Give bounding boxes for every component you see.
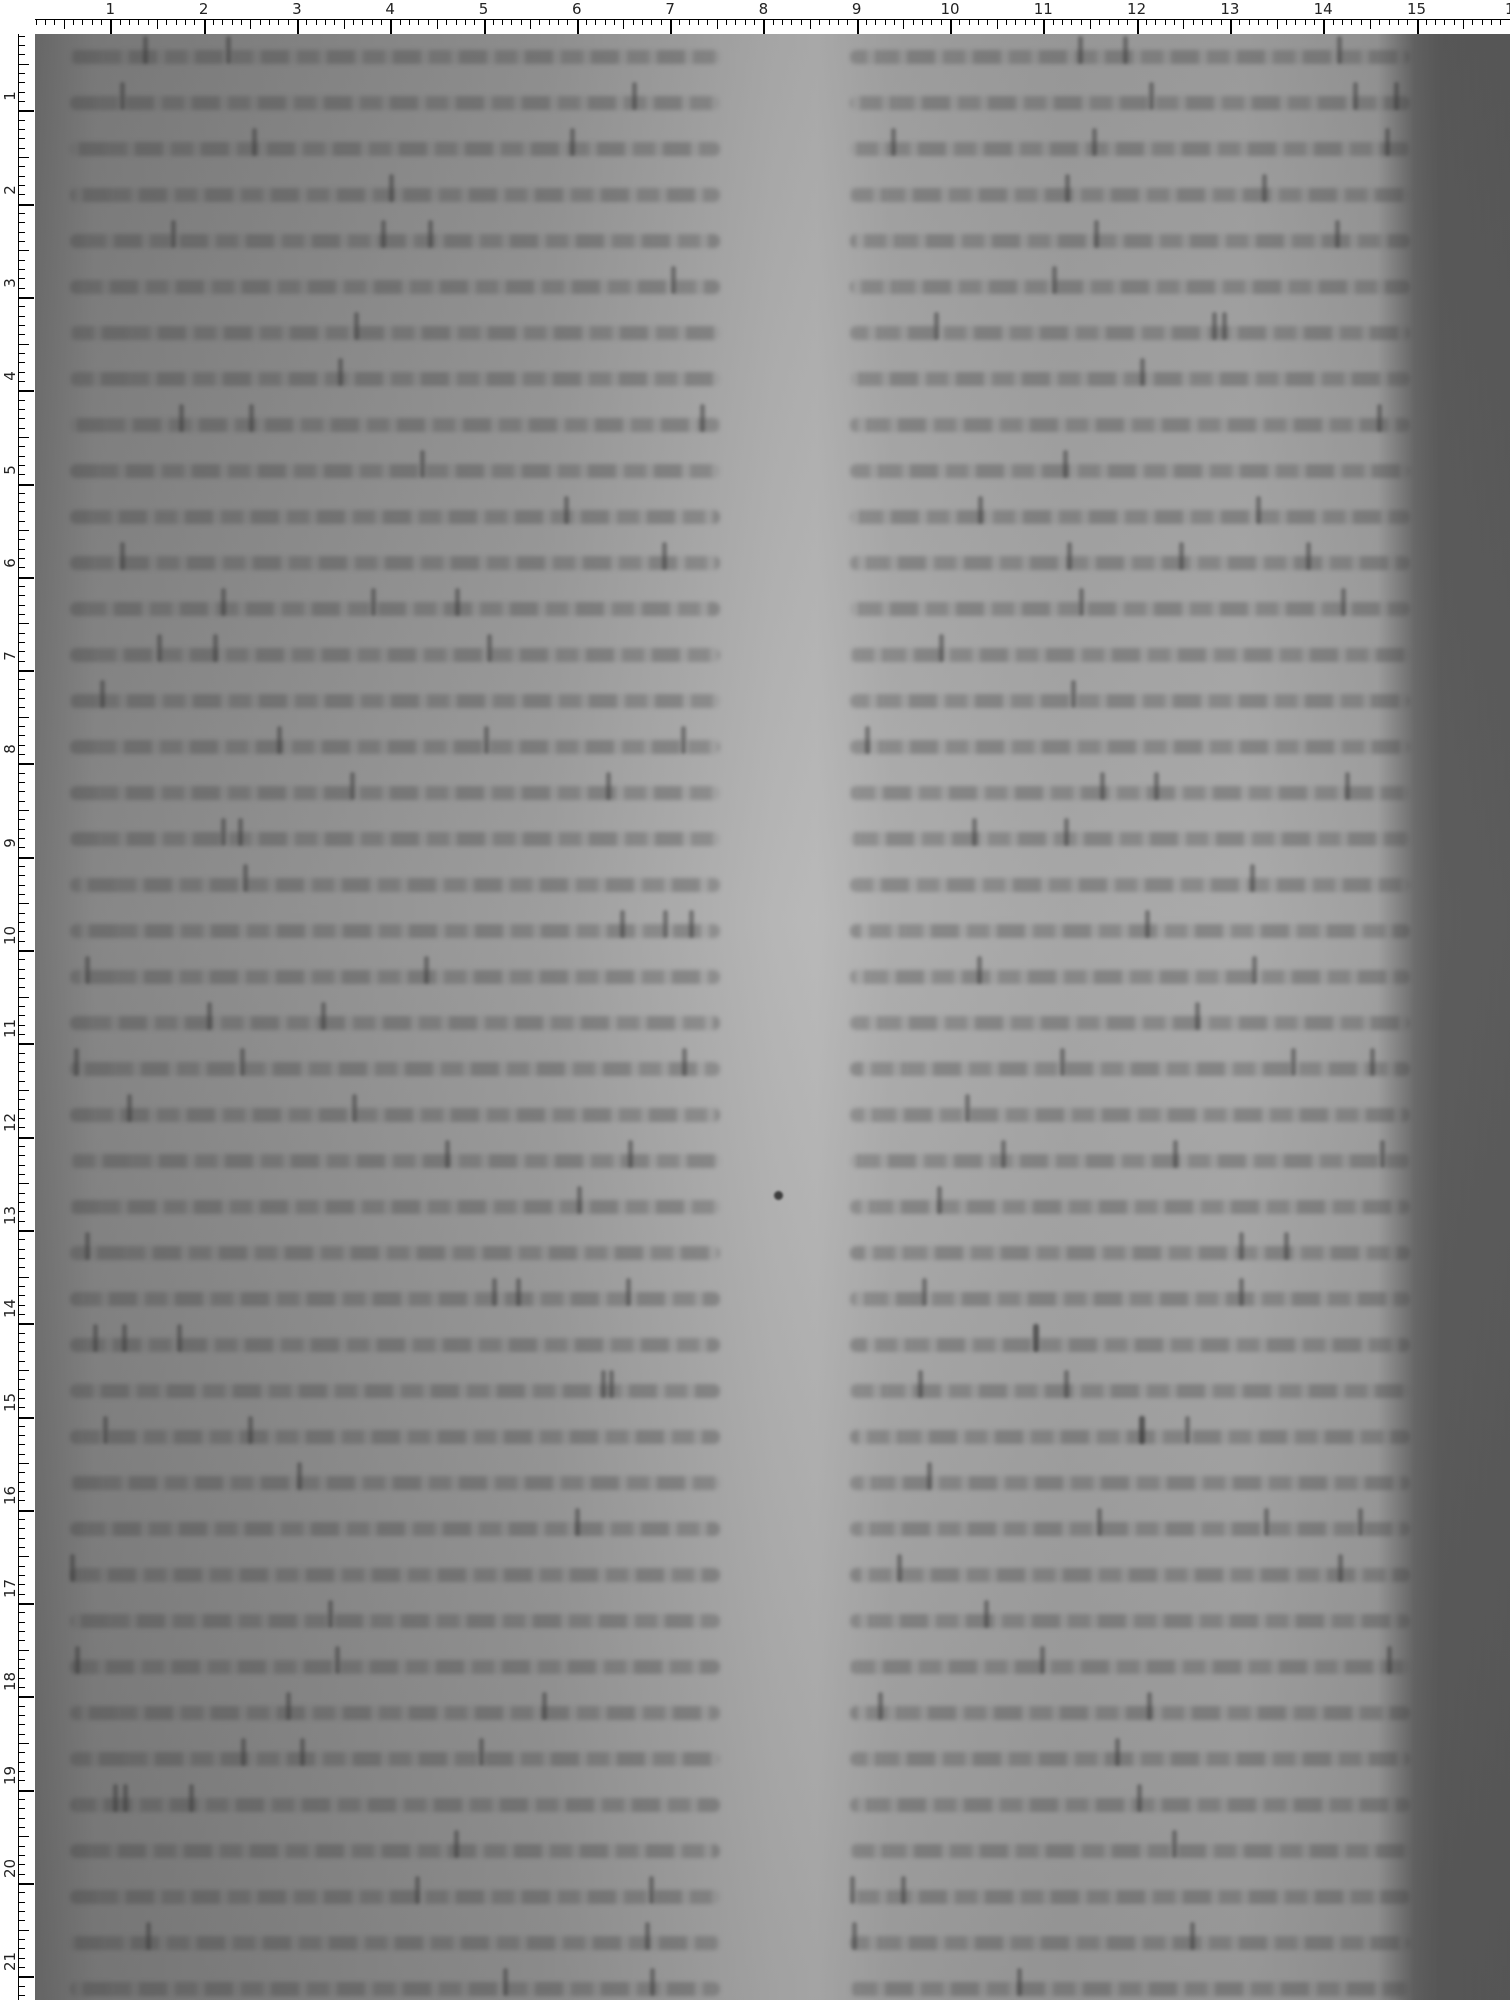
ruler-tick xyxy=(1127,19,1128,25)
manuscript-ascender-stroke xyxy=(1212,312,1217,340)
manuscript-ascender-stroke xyxy=(70,1554,75,1582)
ruler-tick xyxy=(18,1500,25,1501)
ruler-tick xyxy=(18,717,29,718)
ruler-label: 2 xyxy=(2,181,18,199)
ruler-label: 1 xyxy=(1505,1,1510,17)
manuscript-ascender-stroke xyxy=(335,1646,340,1674)
manuscript-ascender-stroke xyxy=(1385,128,1390,156)
ruler-tick xyxy=(18,1892,25,1893)
ruler-tick xyxy=(18,64,29,65)
manuscript-ascender-stroke xyxy=(171,220,176,248)
ruler-label: 6 xyxy=(572,1,582,17)
ruler-tick xyxy=(1267,19,1268,25)
ruler-tick xyxy=(679,19,680,25)
manuscript-text-line xyxy=(850,970,1410,984)
manuscript-ascender-stroke xyxy=(620,910,625,938)
ruler-tick xyxy=(1193,19,1194,25)
ruler-label: 17 xyxy=(2,1580,18,1598)
ruler-tick xyxy=(18,1762,25,1763)
ruler-tick xyxy=(18,1976,34,1978)
ruler-tick xyxy=(148,19,149,25)
manuscript-text-line xyxy=(850,1660,1410,1674)
manuscript-text-line xyxy=(70,1660,720,1674)
ruler-label: 16 xyxy=(2,1487,18,1505)
manuscript-ascender-stroke xyxy=(570,128,575,156)
ruler-tick xyxy=(194,19,195,25)
manuscript-scan-image xyxy=(35,34,1510,2000)
ruler-tick xyxy=(1444,19,1445,25)
ruler-tick xyxy=(614,19,615,25)
ruler-tick xyxy=(829,19,830,25)
ruler-tick xyxy=(250,19,251,29)
manuscript-ascender-stroke xyxy=(381,220,386,248)
ruler-tick xyxy=(511,19,512,25)
manuscript-ascender-stroke xyxy=(241,1738,246,1766)
manuscript-ascender-stroke xyxy=(238,818,243,846)
ruler-tick xyxy=(18,698,25,699)
manuscript-ascender-stroke xyxy=(454,1830,459,1858)
ruler-tick xyxy=(18,260,25,261)
ruler-tick xyxy=(446,19,447,25)
manuscript-text-line xyxy=(850,1476,1410,1490)
manuscript-text-line xyxy=(70,786,720,800)
ruler-tick xyxy=(18,1874,25,1875)
ruler-tick xyxy=(707,19,708,25)
manuscript-ascender-stroke xyxy=(682,1048,687,1076)
ruler-tick xyxy=(306,19,307,25)
ruler-tick xyxy=(409,19,410,25)
manuscript-ascender-stroke xyxy=(1222,312,1227,340)
manuscript-ascender-stroke xyxy=(85,1232,90,1260)
ruler-tick xyxy=(418,19,419,25)
ruler-tick xyxy=(18,465,25,466)
ruler-tick xyxy=(18,885,25,886)
ruler-tick xyxy=(18,101,25,102)
manuscript-text-line xyxy=(70,1752,720,1766)
ruler-tick xyxy=(885,19,886,25)
ruler-tick xyxy=(437,19,438,29)
ruler-tick xyxy=(18,1715,25,1716)
ruler-tick xyxy=(1090,19,1091,29)
ruler-tick xyxy=(18,511,25,512)
ruler-tick xyxy=(18,1407,25,1408)
manuscript-ascender-stroke xyxy=(1190,1922,1195,1950)
ruler-tick xyxy=(18,1883,34,1885)
ruler-tick xyxy=(18,1211,25,1212)
ruler-tick xyxy=(18,1454,25,1455)
manuscript-text-line xyxy=(850,694,1410,708)
ruler-tick xyxy=(1277,19,1278,29)
ruler-tick xyxy=(241,19,242,25)
ruler-tick xyxy=(176,19,177,25)
ruler-tick xyxy=(18,567,25,568)
ruler-tick xyxy=(18,1137,34,1139)
ruler-tick xyxy=(18,1780,25,1781)
manuscript-text-line xyxy=(70,1246,720,1260)
ruler-tick xyxy=(549,19,550,25)
ruler-tick xyxy=(1398,19,1399,25)
ruler-tick xyxy=(875,19,876,25)
ruler-tick xyxy=(381,19,382,25)
ruler-tick xyxy=(1230,19,1232,34)
manuscript-text-line xyxy=(70,50,720,64)
ruler-tick xyxy=(18,1333,25,1334)
ruler-tick xyxy=(18,1351,25,1352)
manuscript-text-line xyxy=(70,96,720,110)
ruler-tick xyxy=(18,595,25,596)
ruler-tick xyxy=(288,19,289,25)
manuscript-ascender-stroke xyxy=(177,1324,182,1352)
manuscript-ascender-stroke xyxy=(1185,1416,1190,1444)
manuscript-ascender-stroke xyxy=(479,1738,484,1766)
manuscript-ascender-stroke xyxy=(240,1048,245,1076)
ruler-tick xyxy=(18,633,25,634)
ruler-tick xyxy=(661,19,662,25)
manuscript-text-line xyxy=(850,418,1410,432)
ruler-tick xyxy=(18,997,29,998)
manuscript-text-line xyxy=(850,1246,1410,1260)
ruler-tick xyxy=(18,1249,25,1250)
ruler-tick xyxy=(586,19,587,25)
ruler-tick xyxy=(18,1174,25,1175)
manuscript-ascender-stroke xyxy=(939,634,944,662)
ruler-tick xyxy=(754,19,755,25)
manuscript-text-line xyxy=(70,1568,720,1582)
ruler-tick xyxy=(1081,19,1082,25)
ruler-tick xyxy=(18,185,25,186)
ruler-tick xyxy=(18,129,25,130)
ruler-tick xyxy=(18,969,25,970)
ruler-tick xyxy=(866,19,867,25)
manuscript-text-line xyxy=(850,1752,1410,1766)
manuscript-ascender-stroke xyxy=(415,1876,420,1904)
ruler-tick xyxy=(1314,19,1315,25)
manuscript-text-line xyxy=(850,1706,1410,1720)
ruler-tick xyxy=(1202,19,1203,25)
ruler-tick xyxy=(997,19,998,29)
ruler-tick xyxy=(18,1015,25,1016)
ruler-tick xyxy=(18,1482,25,1483)
ruler-tick xyxy=(1351,19,1352,25)
manuscript-ascender-stroke xyxy=(75,1646,80,1674)
ruler-tick xyxy=(18,614,25,615)
ruler-tick xyxy=(18,222,25,223)
ruler-label: 9 xyxy=(852,1,862,17)
manuscript-ascender-stroke xyxy=(516,1278,521,1306)
manuscript-text-line xyxy=(70,188,720,202)
manuscript-ascender-stroke xyxy=(338,358,343,386)
manuscript-ascender-stroke xyxy=(577,1186,582,1214)
manuscript-ascender-stroke xyxy=(179,404,184,432)
manuscript-text-line xyxy=(70,1384,720,1398)
manuscript-ascender-stroke xyxy=(424,956,429,984)
ruler-tick xyxy=(18,810,29,811)
ruler-tick xyxy=(18,409,25,410)
manuscript-ascender-stroke xyxy=(484,726,489,754)
ruler-tick xyxy=(18,157,29,158)
manuscript-ascender-stroke xyxy=(221,588,226,616)
manuscript-ascender-stroke xyxy=(248,1416,253,1444)
ruler-label: 20 xyxy=(2,1860,18,1878)
ruler-tick xyxy=(18,549,25,550)
ruler-tick xyxy=(1099,19,1100,25)
manuscript-text-line xyxy=(70,418,720,432)
manuscript-ascender-stroke xyxy=(1100,772,1105,800)
manuscript-ascender-stroke xyxy=(901,1876,906,1904)
ruler-tick xyxy=(1043,19,1045,34)
ruler-tick xyxy=(18,1202,25,1203)
manuscript-ascender-stroke xyxy=(207,1002,212,1030)
ruler-tick xyxy=(18,922,25,923)
ruler-tick xyxy=(344,19,345,29)
ruler-tick xyxy=(18,92,25,93)
manuscript-ascender-stroke xyxy=(1001,1140,1006,1168)
manuscript-ascender-stroke xyxy=(249,404,254,432)
ruler-tick xyxy=(18,1221,25,1222)
manuscript-ascender-stroke xyxy=(352,1094,357,1122)
manuscript-ascender-stroke xyxy=(897,1554,902,1582)
ruler-tick xyxy=(18,269,25,270)
ruler-tick xyxy=(18,1911,25,1912)
ruler-tick xyxy=(493,19,494,25)
ruler-tick xyxy=(18,1230,34,1232)
manuscript-text-line xyxy=(70,1890,720,1904)
ruler-tick xyxy=(623,19,624,29)
ruler-label: 7 xyxy=(665,1,675,17)
ruler-tick xyxy=(1500,19,1501,25)
vertical-ruler-baseline xyxy=(18,17,19,2000)
ruler-tick xyxy=(18,316,25,317)
manuscript-ascender-stroke xyxy=(1034,1324,1039,1352)
ruler-tick xyxy=(18,1967,25,1968)
manuscript-ascender-stroke xyxy=(542,1692,547,1720)
ruler-tick xyxy=(1174,19,1175,25)
manuscript-ascender-stroke xyxy=(1256,496,1261,524)
manuscript-text-line xyxy=(70,1016,720,1030)
manuscript-ascender-stroke xyxy=(455,588,460,616)
manuscript-ascender-stroke xyxy=(689,910,694,938)
ruler-tick xyxy=(18,1239,25,1240)
ruler-tick xyxy=(717,19,718,29)
manuscript-text-line xyxy=(70,326,720,340)
ruler-label: 5 xyxy=(479,1,489,17)
ruler-tick xyxy=(18,1575,25,1576)
ruler-tick xyxy=(903,19,904,29)
ruler-tick xyxy=(1491,19,1492,25)
ruler-tick xyxy=(18,1771,25,1772)
ruler-tick xyxy=(18,959,25,960)
ruler-tick xyxy=(670,19,672,34)
ruler-tick xyxy=(157,19,158,29)
ruler-tick xyxy=(18,754,25,755)
ruler-tick xyxy=(18,707,25,708)
manuscript-text-line xyxy=(70,1614,720,1628)
manuscript-ascender-stroke xyxy=(1239,1278,1244,1306)
ruler-tick xyxy=(18,484,34,486)
ruler-label: 8 xyxy=(2,740,18,758)
ruler-tick xyxy=(18,1678,25,1679)
ruler-tick xyxy=(18,1277,29,1278)
ruler-tick xyxy=(1323,19,1325,34)
ruler-label: 10 xyxy=(940,1,959,17)
ruler-label: 1 xyxy=(106,1,116,17)
ruler-tick xyxy=(18,773,25,774)
manuscript-ascender-stroke xyxy=(445,1140,450,1168)
ruler-tick xyxy=(18,521,25,522)
ruler-tick xyxy=(745,19,746,25)
manuscript-ascender-stroke xyxy=(122,1324,127,1352)
manuscript-ascender-stroke xyxy=(984,1600,989,1628)
ruler-tick xyxy=(18,1519,25,1520)
ruler-tick xyxy=(18,428,25,429)
ruler-tick xyxy=(18,1948,25,1949)
ruler-tick xyxy=(18,250,29,251)
manuscript-ascender-stroke xyxy=(1338,1554,1343,1582)
ruler-tick xyxy=(18,847,25,848)
ruler-tick xyxy=(1286,19,1287,25)
ruler-label: 12 xyxy=(1127,1,1146,17)
manuscript-ascender-stroke xyxy=(1149,82,1154,110)
manuscript-ascender-stroke xyxy=(1078,36,1083,64)
manuscript-text-line xyxy=(70,1338,720,1352)
ruler-tick xyxy=(18,1314,25,1315)
ruler-tick xyxy=(819,19,820,25)
ruler-tick xyxy=(18,819,25,820)
manuscript-ascender-stroke xyxy=(681,726,686,754)
ruler-tick xyxy=(18,446,25,447)
manuscript-text-line xyxy=(850,1292,1410,1306)
ruler-tick xyxy=(18,1631,25,1632)
manuscript-text-line xyxy=(70,234,720,248)
ruler-tick xyxy=(18,1090,29,1091)
ruler-tick xyxy=(18,1389,25,1390)
ruler-tick xyxy=(18,1528,25,1529)
ruler-tick xyxy=(18,1258,25,1259)
ruler-tick xyxy=(18,1043,34,1045)
ruler-tick xyxy=(18,73,25,74)
ruler-tick xyxy=(54,19,55,25)
ruler-tick xyxy=(1454,19,1455,25)
manuscript-text-line xyxy=(850,142,1410,156)
ruler-label: 10 xyxy=(2,927,18,945)
ruler-tick xyxy=(1472,19,1473,25)
ruler-tick xyxy=(894,19,895,25)
manuscript-ascender-stroke xyxy=(1179,542,1184,570)
manuscript-ascender-stroke xyxy=(157,634,162,662)
ruler-tick xyxy=(18,1370,29,1371)
ruler-tick xyxy=(36,19,37,25)
ruler-tick xyxy=(18,1939,25,1940)
manuscript-ascender-stroke xyxy=(1145,910,1150,938)
manuscript-ascender-stroke xyxy=(428,220,433,248)
ruler-tick xyxy=(1295,19,1296,25)
right-text-column xyxy=(850,44,1410,2000)
manuscript-ascender-stroke xyxy=(1394,82,1399,110)
manuscript-ascender-stroke xyxy=(878,1692,883,1720)
manuscript-ascender-stroke xyxy=(1063,450,1068,478)
ruler-tick xyxy=(698,19,699,25)
ruler-tick xyxy=(1305,19,1306,25)
ruler-tick xyxy=(18,138,25,139)
ruler-tick xyxy=(18,679,25,680)
ruler-tick xyxy=(362,19,363,25)
ruler-tick xyxy=(1015,19,1016,25)
ruler-tick xyxy=(18,1025,25,1026)
ruler-tick xyxy=(18,36,25,37)
ruler-tick xyxy=(1221,19,1222,25)
manuscript-ascender-stroke xyxy=(492,1278,497,1306)
ruler-tick xyxy=(18,941,25,942)
manuscript-ascender-stroke xyxy=(143,36,148,64)
manuscript-text-line xyxy=(850,786,1410,800)
manuscript-text-line xyxy=(70,280,720,294)
manuscript-ascender-stroke xyxy=(922,1278,927,1306)
ruler-tick xyxy=(651,19,652,25)
ruler-tick xyxy=(18,1165,25,1166)
manuscript-ascender-stroke xyxy=(1353,82,1358,110)
ruler-tick xyxy=(633,19,634,25)
ruler-tick xyxy=(18,1696,34,1698)
ruler-tick xyxy=(595,19,596,25)
ruler-tick xyxy=(18,1472,25,1473)
manuscript-text-line xyxy=(850,1384,1410,1398)
manuscript-text-line xyxy=(70,878,720,892)
ruler-tick xyxy=(45,19,46,25)
manuscript-ascender-stroke xyxy=(632,82,637,110)
manuscript-ascender-stroke xyxy=(1137,1784,1142,1812)
ruler-tick xyxy=(18,1799,25,1800)
left-text-column xyxy=(70,44,720,2000)
ruler-label: 11 xyxy=(2,1020,18,1038)
ruler-tick xyxy=(18,1687,25,1688)
manuscript-ascender-stroke xyxy=(487,634,492,662)
right-dark-band xyxy=(1410,34,1510,2000)
ruler-tick xyxy=(18,353,25,354)
ruler-tick xyxy=(642,19,643,25)
manuscript-ascender-stroke xyxy=(350,772,355,800)
ruler-tick xyxy=(92,19,93,25)
manuscript-ascender-stroke xyxy=(1358,1508,1363,1536)
ruler-tick xyxy=(18,1584,25,1585)
manuscript-ascender-stroke xyxy=(1094,220,1099,248)
manuscript-ascender-stroke xyxy=(297,1462,302,1490)
ruler-tick xyxy=(18,838,25,839)
ruler-tick xyxy=(18,54,25,55)
ruler-tick xyxy=(316,19,317,25)
ruler-tick xyxy=(18,1071,25,1072)
manuscript-ascender-stroke xyxy=(606,772,611,800)
ruler-tick xyxy=(18,1706,25,1707)
manuscript-ascender-stroke xyxy=(213,634,218,662)
ruler-label: 13 xyxy=(1220,1,1239,17)
ruler-label: 6 xyxy=(2,554,18,572)
manuscript-ascender-stroke xyxy=(927,1462,932,1490)
manuscript-text-line xyxy=(70,510,720,524)
manuscript-ascender-stroke xyxy=(1092,128,1097,156)
ruler-tick xyxy=(18,1109,25,1110)
ruler-tick xyxy=(18,978,25,979)
ruler-tick xyxy=(18,791,25,792)
manuscript-ascender-stroke xyxy=(300,1738,305,1766)
manuscript-text-line xyxy=(70,602,720,616)
ruler-tick xyxy=(18,1127,25,1128)
ruler-tick xyxy=(18,213,25,214)
ruler-tick xyxy=(18,1006,25,1007)
ruler-tick xyxy=(18,530,29,531)
ruler-tick xyxy=(18,670,34,672)
ruler-tick xyxy=(372,19,373,25)
manuscript-text-line xyxy=(70,1430,720,1444)
